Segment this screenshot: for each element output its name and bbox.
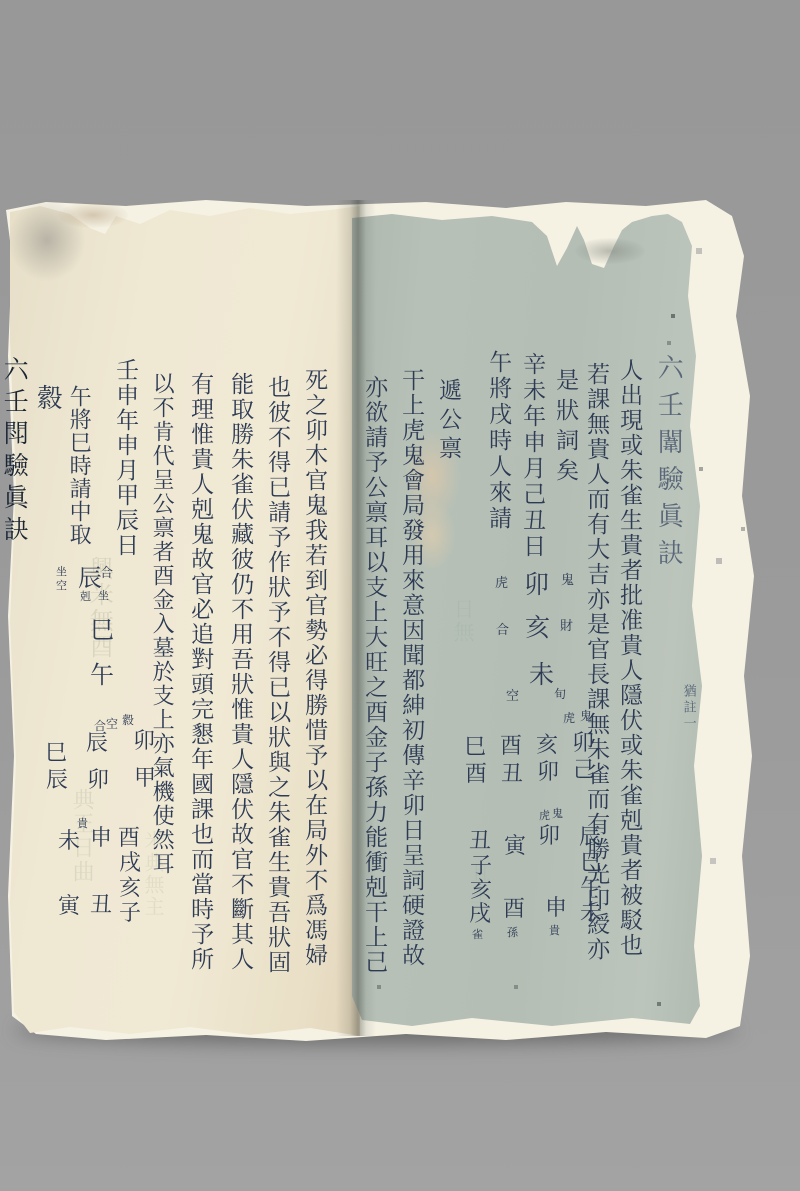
divination-chart-1-glyph: 亥 [470, 880, 492, 902]
edge-stain [58, 202, 128, 228]
divination-chart-1-glyph: 卯 [572, 733, 594, 755]
divination-chart-1-glyph: 貴 [549, 925, 560, 936]
divination-chart-1-glyph: 未 [529, 662, 554, 687]
divination-chart-2-glyph: 巳 [45, 743, 67, 765]
text-column-l5: 以不肯代呈公禀者酉金入墓於支上亦氣機使然耳 [150, 372, 173, 876]
divination-chart-2-glyph: 辰 [78, 566, 102, 590]
book-title: 六壬闈驗眞訣 [654, 354, 681, 576]
text-column-r6: 遞公禀 [436, 378, 460, 465]
manuscript-photo: 六壬闈驗眞訣 六壬閗驗眞訣 猶註一 人出現或朱雀生貴者批准貴人隱伏或朱雀剋貴者被… [0, 0, 800, 1191]
divination-chart-1-glyph: 亥 [536, 735, 558, 757]
divination-chart-1-glyph: 巳 [580, 853, 602, 875]
text-column-r7: 干上虎鬼會局發用來意因聞都紳初傳辛卯日呈詞硬證故 [399, 368, 423, 968]
divination-chart-1-glyph: 酉 [465, 764, 487, 786]
divination-chart-2-glyph: 丑 [90, 895, 112, 917]
divination-chart-2-glyph: 空 [106, 718, 118, 730]
divination-chart-1-glyph: 合 [496, 624, 509, 637]
divination-chart-1-glyph: 卯 [538, 826, 560, 848]
divination-chart-1-glyph: 旬 [554, 688, 566, 700]
text-column-l8: 縠 [33, 384, 60, 410]
text-column-l1: 死之卯木官鬼我若到官勢必得勝惜予以在局外不爲馮婦 [302, 368, 326, 968]
divination-chart-2-glyph: 坐 [98, 590, 109, 601]
divination-chart-1-glyph: 己 [573, 760, 595, 782]
divination-chart-2-glyph: 縠 [122, 714, 134, 726]
divination-chart-2-glyph: 合 [100, 567, 113, 580]
divination-chart-2-glyph: 午 [90, 663, 114, 687]
bleed-through-ghost: 日無 [452, 598, 474, 644]
divination-chart-1-glyph: 卯 [537, 762, 559, 784]
text-column-l3: 能取勝朱雀伏藏彼仍不用吾狀惟貴人隱伏故官不斷其人 [228, 372, 252, 972]
divination-chart-2-glyph: 剋 [80, 591, 91, 602]
divination-chart-1-glyph: 寅 [504, 836, 526, 858]
divination-chart-2-glyph: 未 [58, 831, 80, 853]
divination-chart-1-glyph: 戌 [469, 904, 491, 926]
divination-chart-1-glyph: 卯 [524, 572, 549, 597]
divination-chart-1-glyph: 申 [545, 898, 567, 920]
text-column-l2: 也彼不得已請予作狀予不得已以狀與之朱雀生貴吾狀固 [265, 375, 289, 975]
ink-specks [0, 0, 2, 2]
divination-chart-1-glyph: 丑 [501, 764, 523, 786]
divination-chart-2-glyph: 辰 [86, 733, 108, 755]
divination-chart-1-glyph: 酉 [503, 899, 525, 921]
divination-chart-1-glyph: 鬼 [552, 808, 563, 819]
text-column-l6: 壬申年申月甲辰日 [113, 358, 137, 558]
text-column-r3: 是狀詞矣 [553, 368, 577, 488]
divination-chart-1-glyph: 丑 [469, 831, 491, 853]
divination-chart-1-glyph: 空 [506, 690, 519, 703]
divination-chart-1-glyph: 未 [580, 903, 602, 925]
divination-chart-1-glyph: 酉 [500, 736, 522, 758]
divination-chart-1-glyph: 孫 [507, 927, 518, 938]
divination-chart-1-glyph: 巳 [464, 737, 486, 759]
divination-chart-2-glyph: 空 [56, 580, 67, 591]
text-column-r5: 午將戌時人來請 [486, 350, 510, 532]
divination-chart-1-glyph: 雀 [472, 929, 483, 940]
divination-chart-1-glyph: 亥 [525, 615, 550, 640]
divination-chart-2-glyph: 卯 [133, 731, 155, 753]
text-column-r1: 人出現或朱雀生貴者批准貴人隱伏或朱雀剋貴者被駁也 [617, 358, 641, 958]
divination-chart-1-glyph: 虎 [563, 712, 575, 724]
divination-chart-1-glyph: 鬼 [580, 710, 592, 722]
divination-chart-2-glyph: 寅 [58, 896, 80, 918]
spine-title: 六壬閗驗眞訣 [1, 356, 27, 548]
divination-chart-2-glyph: 酉 [118, 828, 140, 850]
divination-chart-2-glyph: 辰 [46, 770, 68, 792]
divination-chart-2-glyph: 坐 [56, 566, 67, 577]
text-column-r4: 辛未年申月己丑日 [520, 352, 544, 560]
divination-chart-1-glyph: 子 [470, 856, 492, 878]
tear-shading [575, 238, 645, 264]
divination-chart-1-glyph: 虎 [495, 577, 508, 590]
divination-chart-2-glyph: 戌 [119, 853, 141, 875]
divination-chart-2-glyph: 卯 [87, 770, 109, 792]
divination-chart-2-glyph: 貴 [77, 818, 88, 829]
text-column-r8: 亦欲請予公禀耳以支上大旺之酉金子孫力能衝剋干上己 [362, 375, 386, 975]
divination-chart-1-glyph: 午 [580, 878, 602, 900]
divination-chart-1-glyph: 鬼 [561, 574, 574, 587]
divination-chart-2-glyph: 亥 [119, 878, 141, 900]
divination-chart-2-glyph: 甲 [134, 768, 156, 790]
divination-chart-2-glyph: 子 [119, 903, 141, 925]
divination-chart-2-glyph: 巳 [90, 618, 114, 642]
divination-chart-2-glyph: 申 [90, 828, 112, 850]
divination-chart-1-glyph: 辰 [579, 827, 601, 849]
divination-chart-1-glyph: 財 [560, 620, 573, 633]
marginal-note: 猶註一 [681, 684, 695, 732]
text-column-l4: 有理惟貴人剋鬼故官必追對頭完懇年國課也而當時予所 [188, 372, 212, 972]
text-column-l7: 午將巳時請中取 [67, 385, 90, 546]
divination-chart-1-glyph: 虎 [539, 810, 550, 821]
